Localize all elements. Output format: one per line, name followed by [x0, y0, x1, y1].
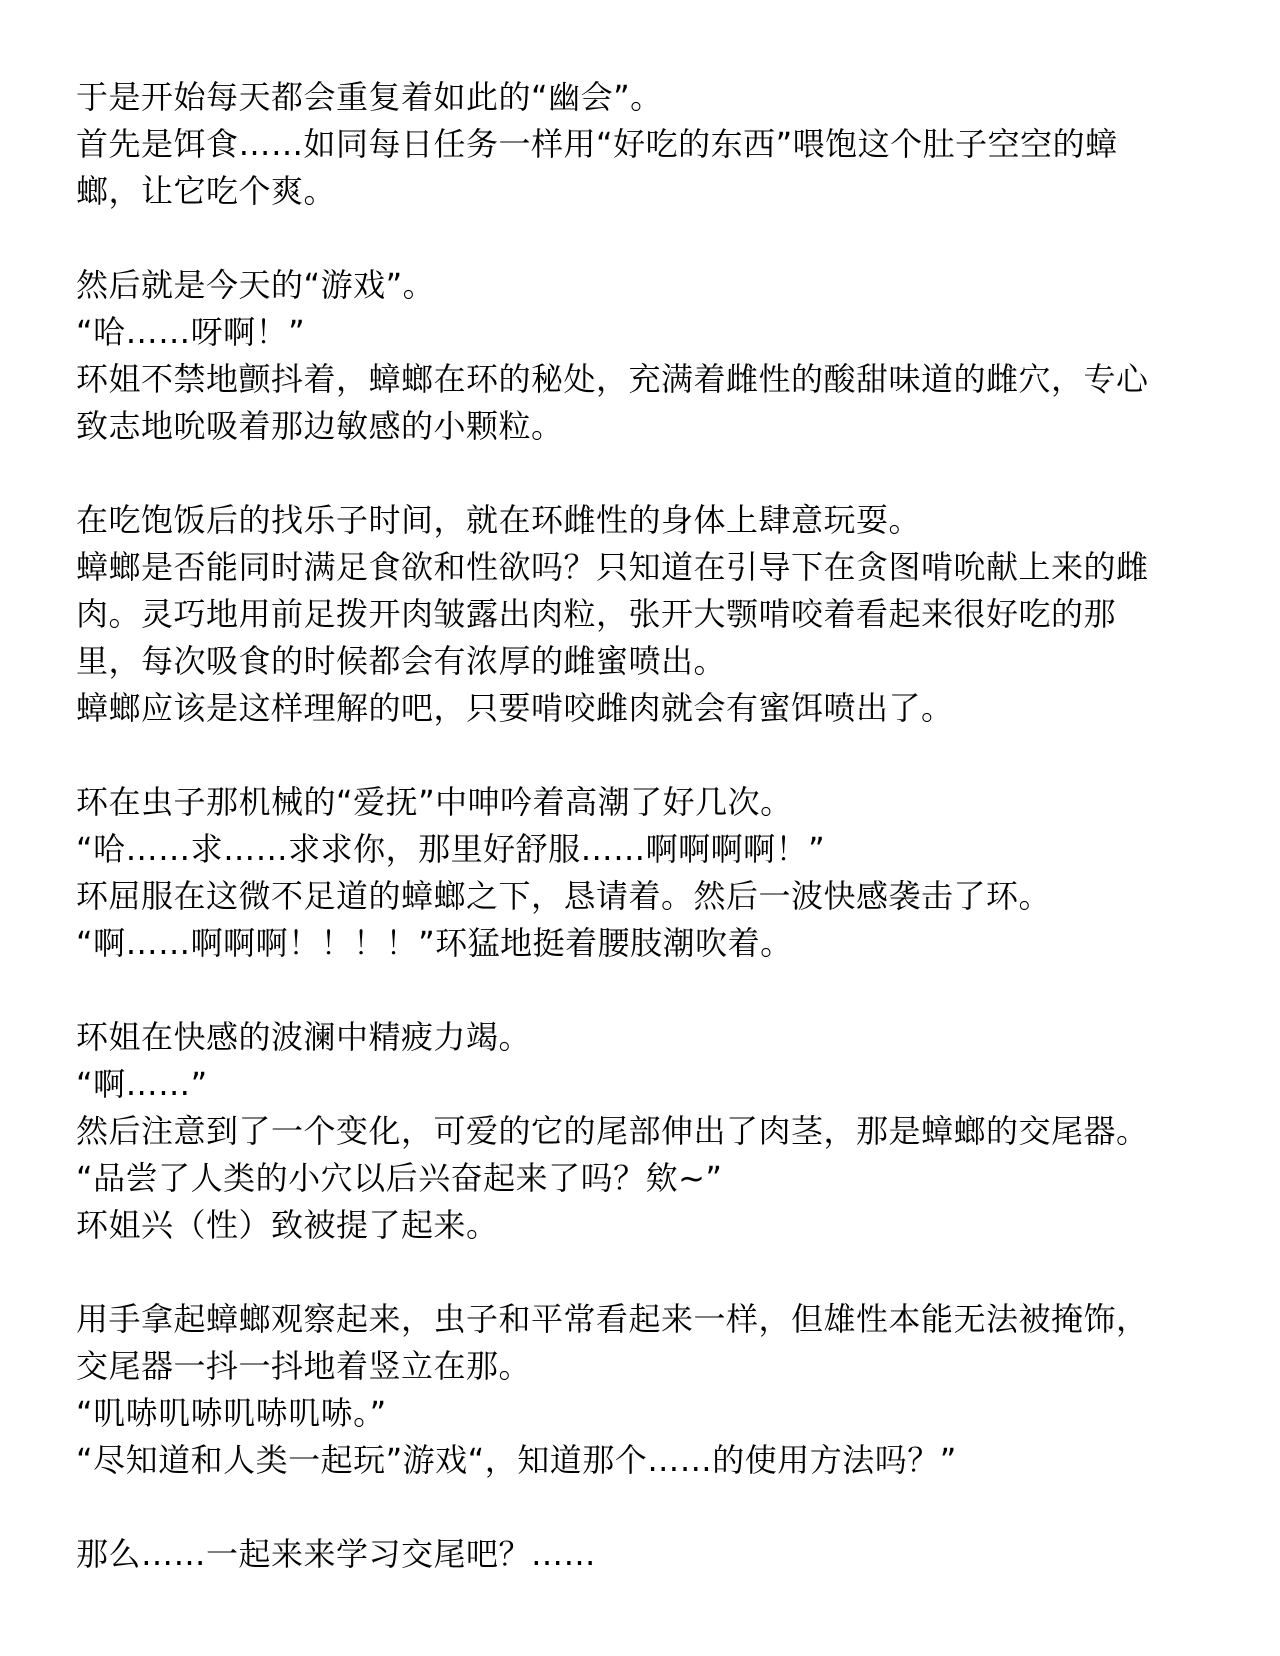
text-line: “品尝了人类的小穴以后兴奋起来了吗？欸~”	[76, 1155, 1175, 1202]
paragraph: 然后就是今天的“游戏”。“哈……呀啊！”环姐不禁地颤抖着，蟑螂在环的秘处，充满着…	[76, 262, 1175, 450]
text-line: 用手拿起蟑螂观察起来，虫子和平常看起来一样，但雄性本能无法被掩饰，交尾器一抖一抖…	[76, 1296, 1175, 1390]
paragraph: 环姐在快感的波澜中精疲力竭。“啊……”然后注意到了一个变化，可爱的它的尾部伸出了…	[76, 1014, 1175, 1249]
text-line: “叽哧叽哧叽哧叽哧。”	[76, 1390, 1175, 1437]
text-line: 在吃饱饭后的找乐子时间，就在环雌性的身体上肆意玩耍。	[76, 497, 1175, 544]
text-line: 环姐不禁地颤抖着，蟑螂在环的秘处，充满着雌性的酸甜味道的雌穴，专心致志地吮吸着那…	[76, 356, 1175, 450]
text-line: 蟑螂是否能同时满足食欲和性欲吗？只知道在引导下在贪图啃吮献上来的雌肉。灵巧地用前…	[76, 544, 1175, 685]
text-line: “啊……啊啊啊！！！！”环猛地挺着腰肢潮吹着。	[76, 920, 1175, 967]
document-body: 于是开始每天都会重复着如此的“幽会”。首先是饵食……如同每日任务一样用“好吃的东…	[76, 74, 1175, 1578]
text-line: 环姐兴（性）致被提了起来。	[76, 1202, 1175, 1249]
text-line: 环在虫子那机械的“爱抚”中呻吟着高潮了好几次。	[76, 779, 1175, 826]
paragraph: 用手拿起蟑螂观察起来，虫子和平常看起来一样，但雄性本能无法被掩饰，交尾器一抖一抖…	[76, 1296, 1175, 1484]
text-line: “哈……呀啊！”	[76, 309, 1175, 356]
document-page: 于是开始每天都会重复着如此的“幽会”。首先是饵食……如同每日任务一样用“好吃的东…	[0, 0, 1280, 1656]
paragraph: 环在虫子那机械的“爱抚”中呻吟着高潮了好几次。“哈……求……求求你，那里好舒服……	[76, 779, 1175, 967]
paragraph: 在吃饱饭后的找乐子时间，就在环雌性的身体上肆意玩耍。蟑螂是否能同时满足食欲和性欲…	[76, 497, 1175, 732]
text-line: “啊……”	[76, 1061, 1175, 1108]
text-line: 环屈服在这微不足道的蟑螂之下，恳请着。然后一波快感袭击了环。	[76, 873, 1175, 920]
text-line: “尽知道和人类一起玩”游戏“，知道那个……的使用方法吗？”	[76, 1437, 1175, 1484]
text-line: 然后注意到了一个变化，可爱的它的尾部伸出了肉茎，那是蟑螂的交尾器。	[76, 1108, 1175, 1155]
text-line: 环姐在快感的波澜中精疲力竭。	[76, 1014, 1175, 1061]
text-line: 那么……一起来来学习交尾吧？……	[76, 1531, 1175, 1578]
text-line: 首先是饵食……如同每日任务一样用“好吃的东西”喂饱这个肚子空空的蟑螂，让它吃个爽…	[76, 121, 1175, 215]
text-line: “哈……求……求求你，那里好舒服……啊啊啊啊！”	[76, 826, 1175, 873]
text-line: 于是开始每天都会重复着如此的“幽会”。	[76, 74, 1175, 121]
text-line: 然后就是今天的“游戏”。	[76, 262, 1175, 309]
paragraph: 于是开始每天都会重复着如此的“幽会”。首先是饵食……如同每日任务一样用“好吃的东…	[76, 74, 1175, 215]
paragraph: 那么……一起来来学习交尾吧？……	[76, 1531, 1175, 1578]
text-line: 蟑螂应该是这样理解的吧，只要啃咬雌肉就会有蜜饵喷出了。	[76, 685, 1175, 732]
